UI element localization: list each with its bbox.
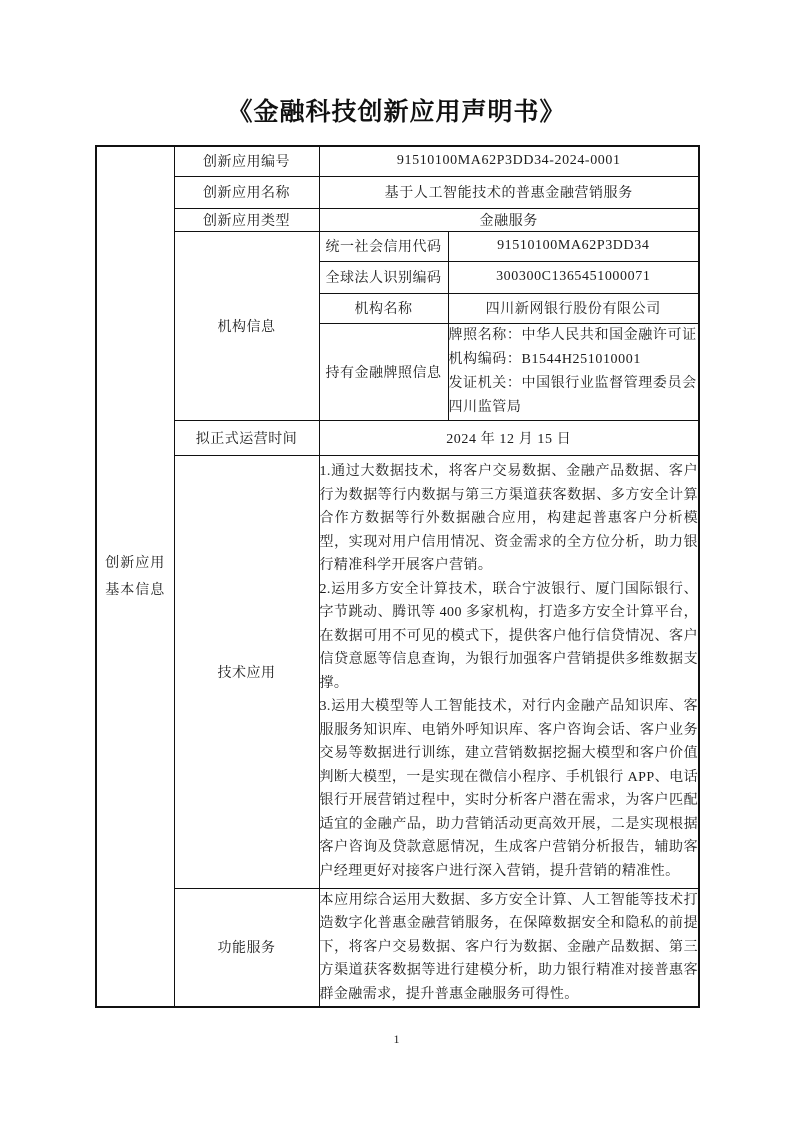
table-row: 功能服务 本应用综合运用大数据、多方安全计算、人工智能等技术打造数字化普惠金融营… bbox=[96, 888, 699, 1007]
table-row: 创新应用类型 金融服务 bbox=[96, 208, 699, 231]
row-label-credit-code: 统一社会信用代码 bbox=[319, 231, 448, 261]
table-row: 技术应用 1.通过大数据技术，将客户交易数据、金融产品数据、客户行为数据等行内数… bbox=[96, 455, 699, 888]
row-label-app-type: 创新应用类型 bbox=[174, 208, 319, 231]
document-page: 《金融科技创新应用声明书》 创新应用 基本信息 创新应用编号 91510100M… bbox=[0, 0, 793, 1122]
license-line-name: 牌照名称：中华人民共和国金融许可证 bbox=[449, 324, 699, 348]
credit-code-value: 91510100MA62P3DD34 bbox=[448, 231, 699, 261]
launch-date-value: 2024 年 12 月 15 日 bbox=[319, 420, 699, 455]
row-label-function: 功能服务 bbox=[174, 888, 319, 1007]
tech-application-value: 1.通过大数据技术，将客户交易数据、金融产品数据、客户行为数据等行内数据与第三方… bbox=[319, 455, 699, 888]
app-name-value: 基于人工智能技术的普惠金融营销服务 bbox=[319, 176, 699, 208]
row-label-app-number: 创新应用编号 bbox=[174, 146, 319, 176]
org-name-value: 四川新网银行股份有限公司 bbox=[448, 293, 699, 323]
row-label-lei-code: 全球法人识别编码 bbox=[319, 261, 448, 293]
table-row: 创新应用名称 基于人工智能技术的普惠金融营销服务 bbox=[96, 176, 699, 208]
table-row: 机构信息 统一社会信用代码 91510100MA62P3DD34 bbox=[96, 231, 699, 261]
license-line-issuer: 发证机关：中国银行业监督管理委员会四川监管局 bbox=[449, 372, 699, 420]
function-service-value: 本应用综合运用大数据、多方安全计算、人工智能等技术打造数字化普惠金融营销服务，在… bbox=[319, 888, 699, 1007]
tech-paragraph-1: 1.通过大数据技术，将客户交易数据、金融产品数据、客户行为数据等行内数据与第三方… bbox=[320, 460, 699, 578]
row-label-org-name: 机构名称 bbox=[319, 293, 448, 323]
table-row: 创新应用 基本信息 创新应用编号 91510100MA62P3DD34-2024… bbox=[96, 146, 699, 176]
row-label-license: 持有金融牌照信息 bbox=[319, 323, 448, 420]
tech-paragraph-2: 2.运用多方安全计算技术，联合宁波银行、厦门国际银行、字节跳动、腾讯等 400 … bbox=[320, 578, 699, 696]
license-info-value: 牌照名称：中华人民共和国金融许可证 机构编码：B1544H251010001 发… bbox=[448, 323, 699, 420]
page-title: 《金融科技创新应用声明书》 bbox=[0, 92, 793, 128]
table-row: 拟正式运营时间 2024 年 12 月 15 日 bbox=[96, 420, 699, 455]
page-number: 1 bbox=[0, 1032, 793, 1047]
app-type-value: 金融服务 bbox=[319, 208, 699, 231]
lei-code-value: 300300C1365451000071 bbox=[448, 261, 699, 293]
row-label-app-name: 创新应用名称 bbox=[174, 176, 319, 208]
license-line-code: 机构编码：B1544H251010001 bbox=[449, 348, 699, 372]
section-label-line2: 基本信息 bbox=[97, 577, 174, 604]
org-info-label-cell: 机构信息 bbox=[174, 231, 319, 420]
row-label-launch-date: 拟正式运营时间 bbox=[174, 420, 319, 455]
section-label-cell: 创新应用 基本信息 bbox=[96, 146, 174, 1007]
app-number-value: 91510100MA62P3DD34-2024-0001 bbox=[319, 146, 699, 176]
declaration-table: 创新应用 基本信息 创新应用编号 91510100MA62P3DD34-2024… bbox=[95, 145, 700, 1008]
row-label-tech: 技术应用 bbox=[174, 455, 319, 888]
tech-paragraph-3: 3.运用大模型等人工智能技术，对行内金融产品知识库、客服服务知识库、电销外呼知识… bbox=[320, 695, 699, 883]
section-label-line1: 创新应用 bbox=[97, 550, 174, 577]
